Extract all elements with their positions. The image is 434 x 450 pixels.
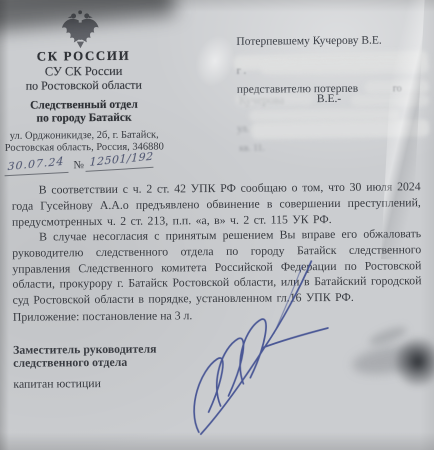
address-line1: ул. Орджоникидзе, 2б, г. Батайск, bbox=[0, 129, 169, 141]
dark-edge-shadow bbox=[386, 328, 434, 396]
department-line2: по городу Батайск bbox=[0, 111, 169, 124]
org-name-line1: СК РОССИИ bbox=[0, 47, 169, 64]
number-sign: № bbox=[73, 159, 84, 171]
org-name-line3: по Ростовской области bbox=[0, 77, 169, 93]
recipient-street-fragment: ул. bbox=[237, 124, 249, 135]
attachment-line: Приложение: постановление на 3 л. bbox=[13, 308, 193, 325]
signature-icon bbox=[185, 255, 337, 448]
document-photo: СК РОССИИ СУ СК России по Ростовской обл… bbox=[0, 0, 434, 450]
department-line1: Следственный отдел bbox=[0, 98, 169, 111]
recipient-line: Потерпевшему Кучерову В.Е. bbox=[236, 35, 381, 48]
signer-rank: капитан юстиции bbox=[13, 376, 101, 392]
recipient-initials-fragment: В.Е.- bbox=[317, 93, 341, 105]
handwritten-date: 30.07.24 bbox=[7, 155, 64, 174]
body-paragraph-1: В соответствии с ч. 2 ст. 42 УПК РФ сооб… bbox=[12, 179, 421, 230]
recipient-apartment-fragment: кв. 11. bbox=[239, 144, 264, 154]
signer-title-line2: следственного отдела bbox=[13, 355, 127, 371]
redaction-bar bbox=[235, 93, 313, 106]
